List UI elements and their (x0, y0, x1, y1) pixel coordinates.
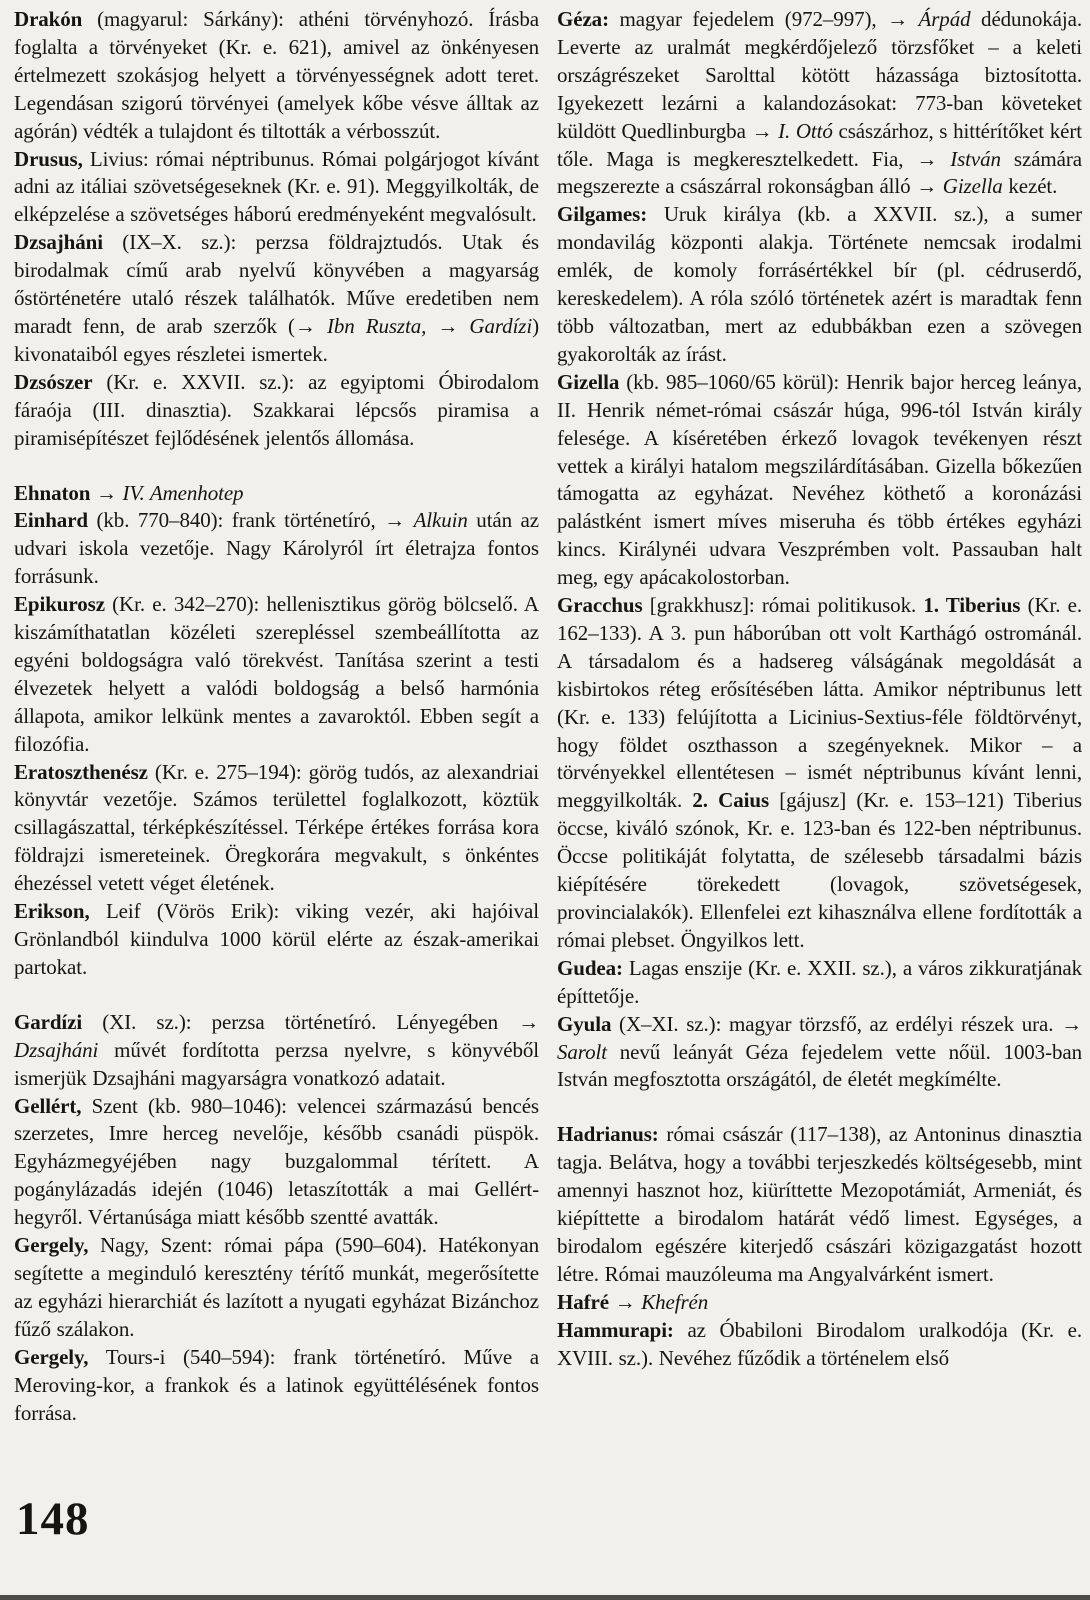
entry-text: → (609, 1290, 641, 1314)
entry-hadrianus: Hadrianus: római császár (117–138), az A… (557, 1121, 1082, 1288)
entry-dzsoszer: Dzsószer (Kr. e. XXVII. sz.): az egyipto… (14, 369, 539, 453)
entry-text: Nagy, Szent: római pápa (590–604). Haték… (14, 1233, 539, 1341)
cross-reference: Árpád (919, 7, 971, 31)
entry-text: nevű leányát Géza fejedelem vette nőül. … (557, 1040, 1082, 1092)
entry-geza: Géza: magyar fejedelem (972–997), → Árpá… (557, 6, 1082, 201)
text-columns: Drakón (magyarul: Sárkány): athéni törvé… (0, 0, 1090, 1427)
cross-reference: Gizella (943, 174, 1003, 198)
entry-text: → (90, 481, 122, 505)
entry-headword: Eratoszthenész (14, 760, 148, 784)
entry-hammurapi: Hammurapi: az Óbabiloni Birodalom uralko… (557, 1317, 1082, 1373)
entry-headword: Gizella (557, 370, 619, 394)
entry-headword: Drusus, (14, 147, 83, 171)
scan-edge-artifact (0, 1595, 1090, 1600)
entry-text: Tours-i (540–594): frank történetíró. Mű… (14, 1345, 539, 1425)
entry-headword: Dzsajháni (14, 230, 103, 254)
right-column: Géza: magyar fejedelem (972–997), → Árpá… (557, 6, 1082, 1427)
entry-headword: Gracchus (557, 593, 643, 617)
entry-headword: Gergely, (14, 1345, 88, 1369)
entry-headword: Gellért, (14, 1094, 81, 1118)
entry-gardizi: Gardízi (XI. sz.): perzsa történetíró. L… (14, 1009, 539, 1093)
left-column: Drakón (magyarul: Sárkány): athéni törvé… (14, 6, 539, 1427)
entry-text: (Kr. e. 342–270): hellenisztikus görög b… (14, 592, 539, 756)
cross-reference: IV. Amenhotep (123, 481, 244, 505)
entry-headword: Géza: (557, 7, 609, 31)
cross-reference: Dzsajháni (14, 1038, 98, 1062)
entry-text: Szent (kb. 980–1046): velencei származás… (14, 1094, 539, 1230)
entry-gilgames: Gilgames: Uruk királya (kb. a XXVII. sz.… (557, 201, 1082, 368)
lexicon-page: Drakón (magyarul: Sárkány): athéni törvé… (0, 0, 1090, 1600)
entry-headword: Gergely, (14, 1233, 88, 1257)
entry-drusus: Drusus, Livius: római néptribunus. Római… (14, 146, 539, 230)
entry-gergely-nagy: Gergely, Nagy, Szent: római pápa (590–60… (14, 1232, 539, 1344)
entry-text: Lagas enszije (Kr. e. XXII. sz.), a váro… (557, 956, 1082, 1008)
entry-text: Leif (Vörös Erik): viking vezér, aki haj… (14, 899, 539, 979)
entry-text: (Kr. e. 162–133). A 3. pun háborúban ott… (557, 593, 1082, 812)
cross-reference: Ibn Ruszta, (327, 314, 426, 338)
entry-text: (XI. sz.): perzsa történetíró. Lényegébe… (82, 1010, 539, 1034)
page-number: 148 (16, 1492, 90, 1546)
entry-gergely-tours: Gergely, Tours-i (540–594): frank történ… (14, 1344, 539, 1428)
entry-text: Uruk királya (kb. a XXVII. sz.), a sumer… (557, 202, 1082, 366)
entry-hafre: Hafré → Khefrén (557, 1289, 1082, 1317)
entry-eratoszthenesz: Eratoszthenész (Kr. e. 275–194): görög t… (14, 759, 539, 899)
entry-headword: Gardízi (14, 1010, 82, 1034)
entry-text: → (426, 314, 469, 338)
entry-drakon: Drakón (magyarul: Sárkány): athéni törvé… (14, 6, 539, 146)
entry-text: (kb. 770–840): frank történetíró, → (88, 508, 414, 532)
entry-gudea: Gudea: Lagas enszije (Kr. e. XXII. sz.),… (557, 955, 1082, 1011)
entry-text: Livius: római néptribunus. Római polgárj… (14, 147, 539, 227)
cross-reference: Sarolt (557, 1040, 607, 1064)
cross-reference: Khefrén (641, 1290, 708, 1314)
cross-reference: Alkuin (414, 508, 468, 532)
entry-text: [gájusz] (Kr. e. 153–121) Tiberius öccse… (557, 788, 1082, 952)
entry-headword: Hadrianus: (557, 1122, 659, 1146)
entry-erikson: Erikson, Leif (Vörös Erik): viking vezér… (14, 898, 539, 982)
entry-text: római császár (117–138), az Antoninus di… (557, 1122, 1082, 1286)
entry-text: (magyarul: Sárkány): athéni törvényhozó.… (14, 7, 539, 143)
entry-headword: Gilgames: (557, 202, 647, 226)
entry-gracchus: Gracchus [grakkhusz]: római politikusok.… (557, 592, 1082, 955)
entry-headword: Hafré (557, 1290, 609, 1314)
cross-reference: I. Ottó (778, 119, 833, 143)
entry-einhard: Einhard (kb. 770–840): frank történetíró… (14, 507, 539, 591)
entry-headword: Hammurapi: (557, 1318, 674, 1342)
entry-dzsajhani: Dzsajháni (IX–X. sz.): perzsa földrajztu… (14, 229, 539, 369)
entry-headword: Ehnaton (14, 481, 90, 505)
cross-reference: Gardízi (469, 314, 532, 338)
entry-headword: Dzsószer (14, 370, 93, 394)
entry-headword: Gyula (557, 1012, 611, 1036)
entry-headword: Gudea: (557, 956, 623, 980)
entry-gyula: Gyula (X–XI. sz.): magyar törzsfő, az er… (557, 1011, 1082, 1095)
entry-text: (kb. 985–1060/65 körül): Henrik bajor he… (557, 370, 1082, 589)
entry-text: (Kr. e. XXVII. sz.): az egyiptomi Óbirod… (14, 370, 539, 450)
entry-text: kezét. (1003, 174, 1058, 198)
entry-headword: Drakón (14, 7, 82, 31)
entry-ehnaton: Ehnaton → IV. Amenhotep (14, 480, 539, 508)
entry-epikurosz: Epikurosz (Kr. e. 342–270): hellenisztik… (14, 591, 539, 758)
entry-gizella: Gizella (kb. 985–1060/65 körül): Henrik … (557, 369, 1082, 592)
entry-headword: Erikson, (14, 899, 90, 923)
cross-reference: István (950, 147, 1001, 171)
entry-subheadword: 2. Caius (692, 788, 769, 812)
entry-headword: Einhard (14, 508, 88, 532)
entry-text: [grakkhusz]: római politikusok. (643, 593, 924, 617)
entry-text: (X–XI. sz.): magyar törzsfő, az erdélyi … (611, 1012, 1082, 1036)
entry-subheadword: 1. Tiberius (923, 593, 1020, 617)
entry-gellert: Gellért, Szent (kb. 980–1046): velencei … (14, 1093, 539, 1233)
entry-text: magyar fejedelem (972–997), → (609, 7, 919, 31)
entry-headword: Epikurosz (14, 592, 105, 616)
